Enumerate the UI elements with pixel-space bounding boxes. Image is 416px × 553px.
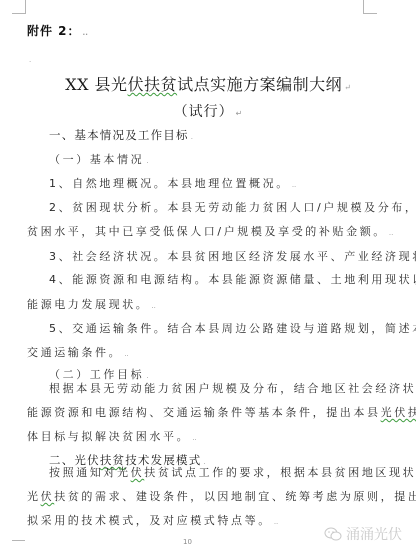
line-text: 5、交通运输条件。结合本县周边公路建设与道路规划，简述本县: [49, 322, 416, 335]
empty-paragraph: .: [27, 52, 31, 65]
subsection-heading-1-1: （一）基本情况.: [49, 151, 148, 167]
paragraph-line: 交通运输条件。..: [27, 344, 129, 360]
document-subtitle: （试行）↵: [0, 101, 416, 121]
line-text-spellcheck: 光伏扶贫: [381, 406, 416, 419]
line-text: 能源资源和电源结构、交通运输条件等基本条件，提出本县: [27, 406, 381, 419]
line-text: 体目标与拟解决贫困水平。: [27, 430, 190, 443]
line-text: 1、自然地理概况。本县地理位置概况。: [49, 177, 290, 190]
margin-corner-top-right: [363, 0, 377, 14]
line-text: 按照通知对光: [49, 466, 131, 479]
wechat-icon: [324, 527, 342, 541]
line-text: 2、贫困现状分析。本县无劳动能力贫困人口/户规模及分布，实际: [49, 201, 416, 214]
return-mark: ↵: [236, 109, 243, 118]
paragraph-mark: .: [191, 133, 193, 141]
document-page: 附件 2：.. . XX 县光伏扶贫试点实施方案编制大纲↵ （试行）↵ 一、基本…: [0, 0, 416, 553]
line-text: 拟采用的技术模式，及对应模式特点等。: [27, 514, 272, 527]
line-text: 根据本县无劳动能力贫困户规模及分布，结合地区社会经济状况、: [49, 382, 416, 395]
heading-text: （一）基本情况: [49, 153, 144, 166]
paragraph-line: 体目标与拟解决贫困水平。..: [27, 428, 197, 444]
paragraph-line: 贫困水平，其中已享受低保人口/户规模及享受的补贴金额。..: [27, 223, 393, 239]
margin-corner-bottom-left: [12, 540, 25, 553]
paragraph-mark: ..: [192, 434, 196, 442]
paragraph-line: 1、自然地理概况。本县地理位置概况。..: [49, 175, 296, 191]
paragraph-mark: .: [146, 372, 148, 380]
line-text: 扶贫试点工作的要求，根据本县贫困地区现状及对: [144, 466, 416, 479]
line-text: 扶贫的需求、建设条件，以因地制宜、统筹考虑为原则，提出本县: [54, 490, 416, 503]
title-text-spellcheck: 伏扶贫: [128, 75, 178, 94]
return-mark: ↵: [344, 83, 351, 92]
line-text: 能源电力发展现状。: [27, 298, 149, 311]
watermark-text: 涌涌光伏: [346, 524, 402, 544]
title-text: XX 县光: [65, 75, 127, 94]
line-text-spellcheck: 伏: [41, 490, 55, 503]
line-text: 交通运输条件。: [27, 346, 122, 359]
title-text: 试点实施方案编制大纲: [177, 75, 342, 94]
document-title: XX 县光伏扶贫试点实施方案编制大纲↵: [0, 72, 416, 95]
paragraph-mark: ..: [292, 181, 296, 189]
paragraph-mark: .: [146, 157, 148, 165]
paragraph-line: 拟采用的技术模式，及对应模式特点等。..: [27, 512, 278, 528]
paragraph-line: 2、贫困现状分析。本县无劳动能力贫困人口/户规模及分布，实际: [49, 199, 416, 215]
heading-text: 一、基本情况及工作目标: [49, 128, 189, 142]
paragraph-line: 根据本县无劳动能力贫困户规模及分布，结合地区社会经济状况、: [49, 380, 416, 396]
paragraph-line: 光伏扶贫的需求、建设条件，以因地制宜、统筹考虑为原则，提出本县: [27, 488, 416, 504]
paragraph-mark: .: [29, 56, 31, 64]
line-text: 4、能源资源和电源结构。本县能源资源储量、土地利用现状以及: [49, 273, 416, 286]
line-text: 光: [27, 490, 41, 503]
paragraph-mark: ..: [124, 350, 128, 358]
margin-corner-top-left: [12, 0, 26, 14]
page-number: 10: [183, 538, 192, 546]
paragraph-line: 能源资源和电源结构、交通运输条件等基本条件，提出本县光伏扶贫总: [27, 404, 416, 420]
section-heading-1: 一、基本情况及工作目标.: [49, 127, 193, 143]
line-text: 贫困水平，其中已享受低保人口/户规模及享受的补贴金额。: [27, 225, 387, 238]
paragraph-mark: ..: [274, 518, 278, 526]
paragraph-mark: ..: [389, 229, 393, 237]
paragraph-line: 5、交通运输条件。结合本县周边公路建设与道路规划，简述本县: [49, 320, 416, 336]
paragraph-line: 能源电力发展现状。..: [27, 296, 156, 312]
watermark: 涌涌光伏: [324, 524, 402, 544]
subtitle-text: （试行）: [174, 104, 234, 120]
paragraph-line: 按照通知对光伏扶贫试点工作的要求，根据本县贫困地区现状及对: [49, 464, 416, 480]
line-text: 3、社会经济状况。本县贫困地区经济发展水平、产业经济现状。: [49, 250, 416, 263]
paragraph-mark: ..: [151, 302, 155, 310]
line-text-spellcheck: 伏: [131, 466, 145, 479]
annex-label-text: 附件 2：: [27, 24, 81, 38]
paragraph-line: 3、社会经济状况。本县贫困地区经济发展水平、产业经济现状。..: [49, 248, 416, 264]
paragraph-mark: ..: [83, 29, 88, 37]
annex-label: 附件 2：..: [27, 22, 88, 39]
paragraph-line: 4、能源资源和电源结构。本县能源资源储量、土地利用现状以及: [49, 271, 416, 287]
